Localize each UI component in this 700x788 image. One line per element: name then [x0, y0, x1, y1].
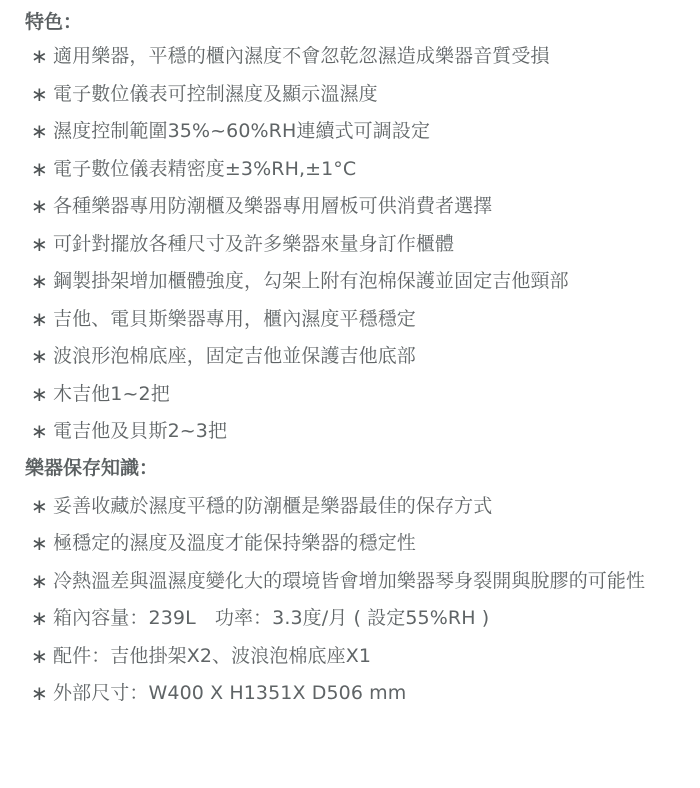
feature-text: 吉他、電貝斯樂器專用，櫃內濕度平穩穩定	[53, 301, 683, 339]
asterisk-bullet-icon: ∗	[31, 376, 53, 414]
knowledge-item: ∗冷熱溫差與溫濕度變化大的環境皆會增加樂器琴身裂開與脫膠的可能性	[25, 563, 700, 601]
storage-knowledge-heading: 樂器保存知識：	[25, 452, 700, 484]
feature-text: 電吉他及貝斯2~3把	[53, 413, 683, 451]
feature-item: ∗可針對擺放各種尺寸及許多樂器來量身訂作櫃體	[25, 226, 700, 264]
asterisk-bullet-icon: ∗	[31, 600, 53, 638]
features-heading: 特色：	[25, 6, 700, 38]
dimensions-item: ∗外部尺寸：W400 X H1351X D506 mm	[25, 675, 700, 713]
feature-item: ∗木吉他1~2把	[25, 376, 700, 414]
feature-text: 電子數位儀表精密度±3%RH,±1°C	[53, 151, 683, 189]
feature-item: ∗電子數位儀表精密度±3%RH,±1°C	[25, 151, 700, 189]
asterisk-bullet-icon: ∗	[31, 563, 53, 601]
asterisk-bullet-icon: ∗	[31, 38, 53, 76]
features-list: ∗適用樂器，平穩的櫃內濕度不會忽乾忽濕造成樂器音質受損 ∗電子數位儀表可控制濕度…	[25, 38, 700, 451]
asterisk-bullet-icon: ∗	[31, 76, 53, 114]
knowledge-text: 冷熱溫差與溫濕度變化大的環境皆會增加樂器琴身裂開與脫膠的可能性	[53, 563, 683, 601]
feature-item: ∗濕度控制範圍35%~60%RH連續式可調設定	[25, 113, 700, 151]
asterisk-bullet-icon: ∗	[31, 338, 53, 376]
product-description: 特色： ∗適用樂器，平穩的櫃內濕度不會忽乾忽濕造成樂器音質受損 ∗電子數位儀表可…	[0, 0, 700, 713]
asterisk-bullet-icon: ∗	[31, 638, 53, 676]
asterisk-bullet-icon: ∗	[31, 263, 53, 301]
feature-text: 波浪形泡棉底座，固定吉他並保護吉他底部	[53, 338, 683, 376]
asterisk-bullet-icon: ∗	[31, 226, 53, 264]
capacity-power-text: 箱內容量：239L 功率：3.3度/月 ( 設定55%RH )	[53, 600, 683, 638]
feature-item: ∗吉他、電貝斯樂器專用，櫃內濕度平穩穩定	[25, 301, 700, 339]
feature-item: ∗電吉他及貝斯2~3把	[25, 413, 700, 451]
asterisk-bullet-icon: ∗	[31, 113, 53, 151]
asterisk-bullet-icon: ∗	[31, 675, 53, 713]
asterisk-bullet-icon: ∗	[31, 413, 53, 451]
feature-item: ∗適用樂器，平穩的櫃內濕度不會忽乾忽濕造成樂器音質受損	[25, 38, 700, 76]
storage-knowledge-list: ∗妥善收藏於濕度平穩的防潮櫃是樂器最佳的保存方式 ∗極穩定的濕度及溫度才能保持樂…	[25, 488, 700, 713]
feature-item: ∗鋼製掛架增加櫃體強度，勾架上附有泡棉保護並固定吉他頸部	[25, 263, 700, 301]
dimensions-text: 外部尺寸：W400 X H1351X D506 mm	[53, 675, 683, 713]
feature-text: 電子數位儀表可控制濕度及顯示溫濕度	[53, 76, 683, 114]
feature-item: ∗各種樂器專用防潮櫃及樂器專用層板可供消費者選擇	[25, 188, 700, 226]
accessories-item: ∗配件：吉他掛架X2、波浪泡棉底座X1	[25, 638, 700, 676]
knowledge-text: 妥善收藏於濕度平穩的防潮櫃是樂器最佳的保存方式	[53, 488, 683, 526]
feature-text: 鋼製掛架增加櫃體強度，勾架上附有泡棉保護並固定吉他頸部	[53, 263, 683, 301]
feature-text: 木吉他1~2把	[53, 376, 683, 414]
asterisk-bullet-icon: ∗	[31, 301, 53, 339]
knowledge-item: ∗極穩定的濕度及溫度才能保持樂器的穩定性	[25, 525, 700, 563]
capacity-power-item: ∗箱內容量：239L 功率：3.3度/月 ( 設定55%RH )	[25, 600, 700, 638]
feature-item: ∗波浪形泡棉底座，固定吉他並保護吉他底部	[25, 338, 700, 376]
asterisk-bullet-icon: ∗	[31, 188, 53, 226]
asterisk-bullet-icon: ∗	[31, 488, 53, 526]
feature-text: 適用樂器，平穩的櫃內濕度不會忽乾忽濕造成樂器音質受損	[53, 38, 683, 76]
knowledge-text: 極穩定的濕度及溫度才能保持樂器的穩定性	[53, 525, 683, 563]
feature-text: 各種樂器專用防潮櫃及樂器專用層板可供消費者選擇	[53, 188, 683, 226]
asterisk-bullet-icon: ∗	[31, 525, 53, 563]
accessories-text: 配件：吉他掛架X2、波浪泡棉底座X1	[53, 638, 683, 676]
knowledge-item: ∗妥善收藏於濕度平穩的防潮櫃是樂器最佳的保存方式	[25, 488, 700, 526]
feature-text: 濕度控制範圍35%~60%RH連續式可調設定	[53, 113, 683, 151]
feature-text: 可針對擺放各種尺寸及許多樂器來量身訂作櫃體	[53, 226, 683, 264]
feature-item: ∗電子數位儀表可控制濕度及顯示溫濕度	[25, 76, 700, 114]
asterisk-bullet-icon: ∗	[31, 151, 53, 189]
